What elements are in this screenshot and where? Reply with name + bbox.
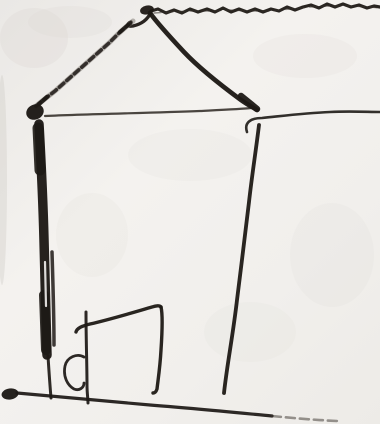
- left-wall-bulge-upper: [38, 128, 40, 170]
- scanned-paper-page: [0, 0, 380, 424]
- mottle-top-right: [253, 34, 357, 78]
- mottle-bottom-mid: [204, 302, 296, 362]
- ground-line-faded: [272, 416, 337, 421]
- mottle-mid-left: [56, 193, 128, 277]
- mottle-right: [290, 203, 374, 307]
- door-top-line: [76, 306, 161, 332]
- paper-texture-layer: [0, 6, 374, 362]
- mottle-top-mid: [28, 6, 112, 38]
- roof-left-slope-fleck-high: [120, 25, 128, 32]
- ground-line: [17, 393, 272, 416]
- left-edge-streak: [0, 75, 7, 285]
- left-wall-lower-thin: [48, 356, 51, 398]
- house-sketch-canvas: [0, 0, 380, 424]
- door-right-line: [153, 307, 162, 393]
- left-wall-side-stroke: [52, 252, 54, 345]
- left-wall-white-slit: [45, 262, 46, 306]
- mottle-center: [128, 129, 252, 181]
- roof-left-slope-fleck-low: [39, 97, 47, 104]
- left-eave-blob: [24, 101, 47, 122]
- door-knob-loop: [64, 355, 84, 389]
- right-eave-line: [246, 112, 380, 132]
- eave-line: [45, 108, 251, 116]
